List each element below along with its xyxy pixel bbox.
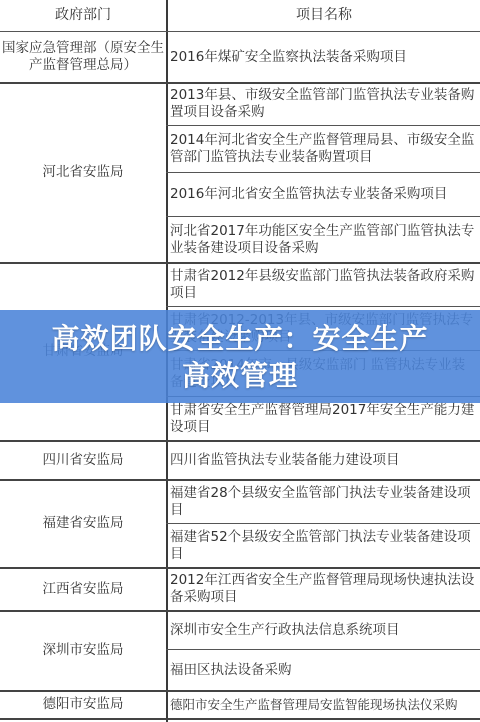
project-cell: 福田区执法设备采购 [170, 650, 476, 690]
project-cell: 福建省52个县级安全监管部门执法专业装备建设项目 [170, 524, 476, 567]
title-banner: 高效团队安全生产：安全生产 高效管理 [0, 310, 480, 403]
department-cell: 国家应急管理部（原安全生产监督管理总局） [0, 32, 166, 82]
project-cell: 甘肃省安全生产监督管理局2017年安全生产能力建设项目 [170, 397, 476, 440]
row-divider [0, 718, 480, 720]
project-cell: 2016年煤矿安全监察执法装备采购项目 [170, 32, 476, 82]
department-cell: 江西省安监局 [0, 568, 166, 610]
header-department: 政府部门 [0, 0, 166, 31]
project-cell: 2013年县、市级安全监管部门监管执法专业装备购置项目设备采购 [170, 83, 476, 125]
banner-title-line2: 高效管理 [182, 357, 298, 394]
project-cell: 四川省监管执法专业装备能力建设项目 [170, 441, 476, 479]
project-cell: 德阳市安全生产监督管理局安监智能现场执法仪采购 [170, 691, 476, 718]
department-cell: 河北省安监局 [0, 83, 166, 262]
project-cell: 深圳市安全生产行政执法信息系统项目 [170, 611, 476, 649]
project-cell: 2016年河北省安全监管执法专业装备采购项目 [170, 173, 476, 216]
project-cell: 2014年河北省安全生产监督管理局县、市级安全监管部门监管执法专业装备购置项目 [170, 126, 476, 172]
department-cell: 福建省安监局 [0, 480, 166, 567]
project-cell: 福建省28个县级安全监管部门执法专业装备建设项目 [170, 480, 476, 523]
department-cell: 德阳市安监局 [0, 691, 166, 718]
project-cell: 河北省2017年功能区安全生产监管部门监管执法专业装备建设项目设备采购 [170, 217, 476, 262]
project-cell: 2012年江西省安全生产监督管理局现场快速执法设备采购项目 [170, 568, 476, 610]
department-cell: 深圳市安监局 [0, 611, 166, 690]
department-cell: 四川省安监局 [0, 441, 166, 479]
project-cell: 甘肃省2012年县级安监部门监管执法装备政府采购项目 [170, 263, 476, 306]
banner-title-line1: 高效团队安全生产：安全生产 [51, 320, 428, 357]
header-project: 项目名称 [168, 0, 480, 31]
